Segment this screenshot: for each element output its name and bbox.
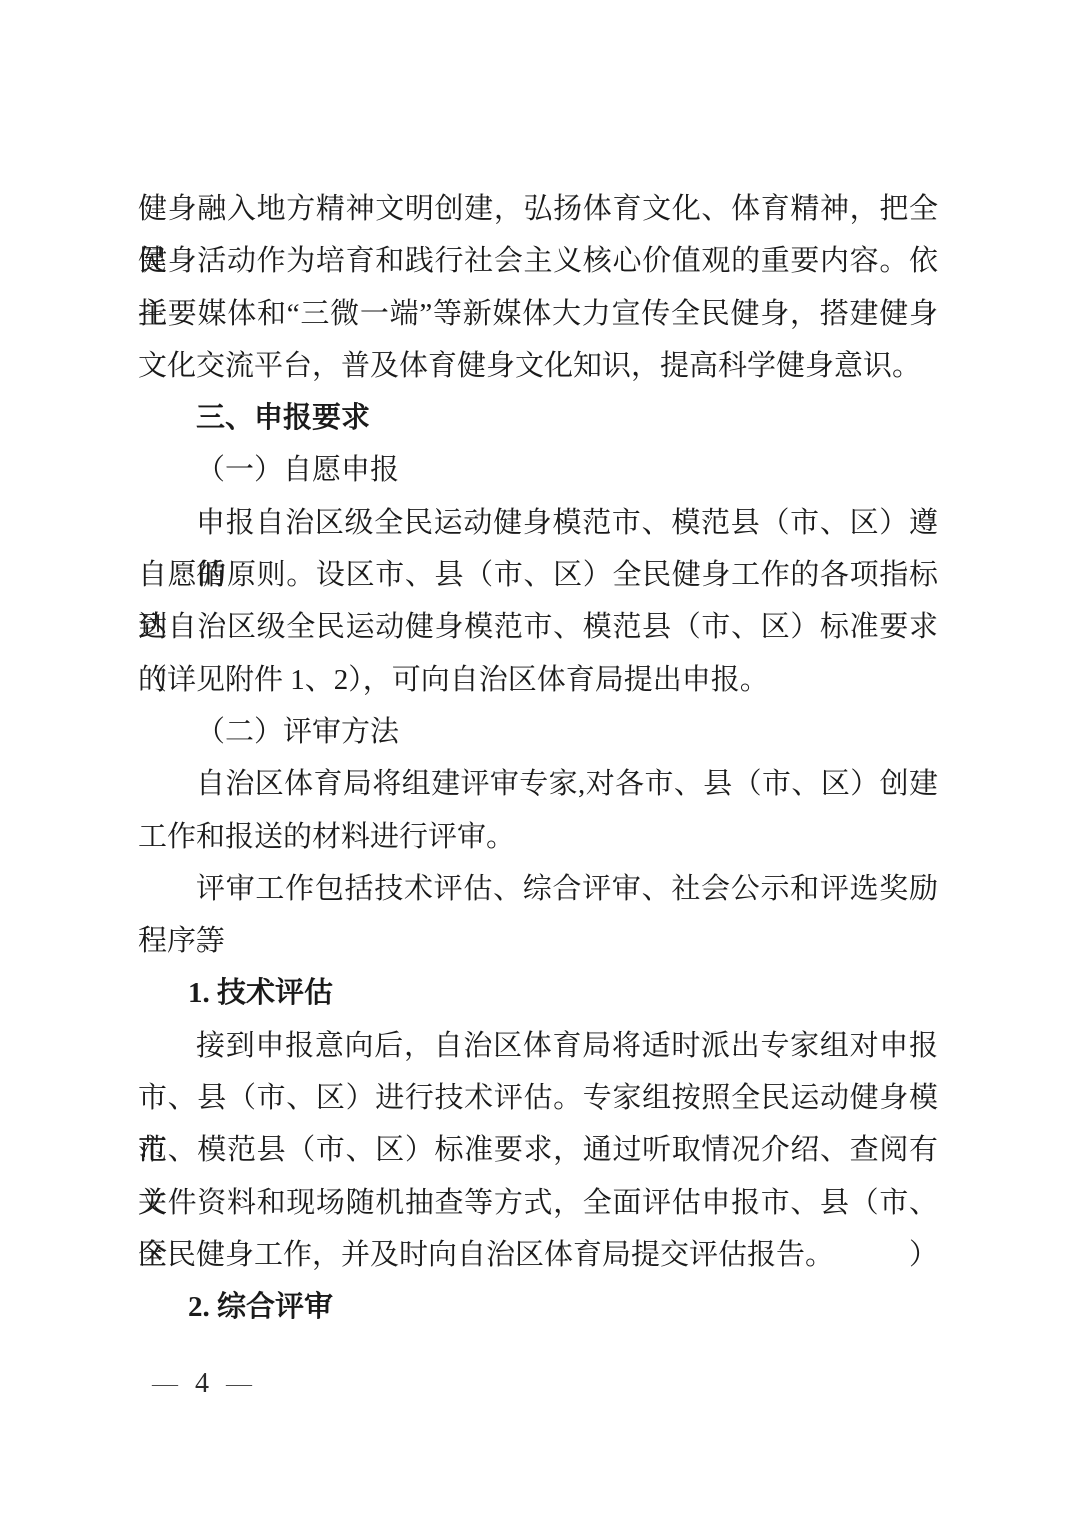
page-number-left-dash: — xyxy=(152,1372,178,1396)
page-number: 4 xyxy=(195,1368,209,1400)
document-page: 健身融入地方精神文明创建，弘扬体育文化、体育精神，把全民健身活动作为培育和践行社… xyxy=(0,0,1074,1520)
paragraph-line: 自治区体育局将组建评审专家,对各市、县（市、区）创建 xyxy=(138,758,938,810)
subsection-heading: （二）评审方法 xyxy=(138,706,938,758)
paragraph-line: 到自治区级全民运动健身模范市、模范县（市、区）标准要求的 xyxy=(138,601,938,653)
paragraph-line: 文件资料和现场随机抽查等方式，全面评估申报市、县（市、区） xyxy=(138,1177,938,1229)
page-number-right-dash: — xyxy=(226,1372,252,1396)
paragraph-line: 市、模范县（市、区）标准要求，通过听取情况介绍、查阅有关 xyxy=(138,1124,938,1176)
paragraph-line: 全民健身工作，并及时向自治区体育局提交评估报告。 xyxy=(138,1229,938,1281)
paragraph-line: 健身活动作为培育和践行社会主义核心价值观的重要内容。依托 xyxy=(138,235,938,287)
paragraph-line: 工作和报送的材料进行评审。 xyxy=(138,811,938,863)
paragraph-line: 健身融入地方精神文明创建，弘扬体育文化、体育精神，把全民 xyxy=(138,183,938,235)
paragraph-line: 自愿的原则。设区市、县（市、区）全民健身工作的各项指标达 xyxy=(138,549,938,601)
numbered-heading: 1. 技术评估 xyxy=(138,967,938,1019)
page-footer: — 4 — xyxy=(152,1362,252,1406)
paragraph-line: 评审工作包括技术评估、综合评审、社会公示和评选奖励等 xyxy=(138,863,938,915)
paragraph-line: 程序。 xyxy=(138,915,938,967)
paragraph-line: 接到申报意向后，自治区体育局将适时派出专家组对申报 xyxy=(138,1020,938,1072)
document-body: 健身融入地方精神文明创建，弘扬体育文化、体育精神，把全民健身活动作为培育和践行社… xyxy=(138,183,938,1334)
paragraph-line: 主要媒体和“三微一端”等新媒体大力宣传全民健身，搭建健身 xyxy=(138,288,938,340)
paragraph-line: 文化交流平台，普及体育健身文化知识，提高科学健身意识。 xyxy=(138,340,938,392)
subsection-heading: （一）自愿申报 xyxy=(138,444,938,496)
paragraph-line: （详见附件 1、2），可向自治区体育局提出申报。 xyxy=(138,654,938,706)
numbered-heading: 2. 综合评审 xyxy=(138,1281,938,1333)
section-heading: 三、申报要求 xyxy=(138,392,938,444)
paragraph-line: 申报自治区级全民运动健身模范市、模范县（市、区）遵循 xyxy=(138,497,938,549)
paragraph-line: 市、县（市、区）进行技术评估。专家组按照全民运动健身模范 xyxy=(138,1072,938,1124)
